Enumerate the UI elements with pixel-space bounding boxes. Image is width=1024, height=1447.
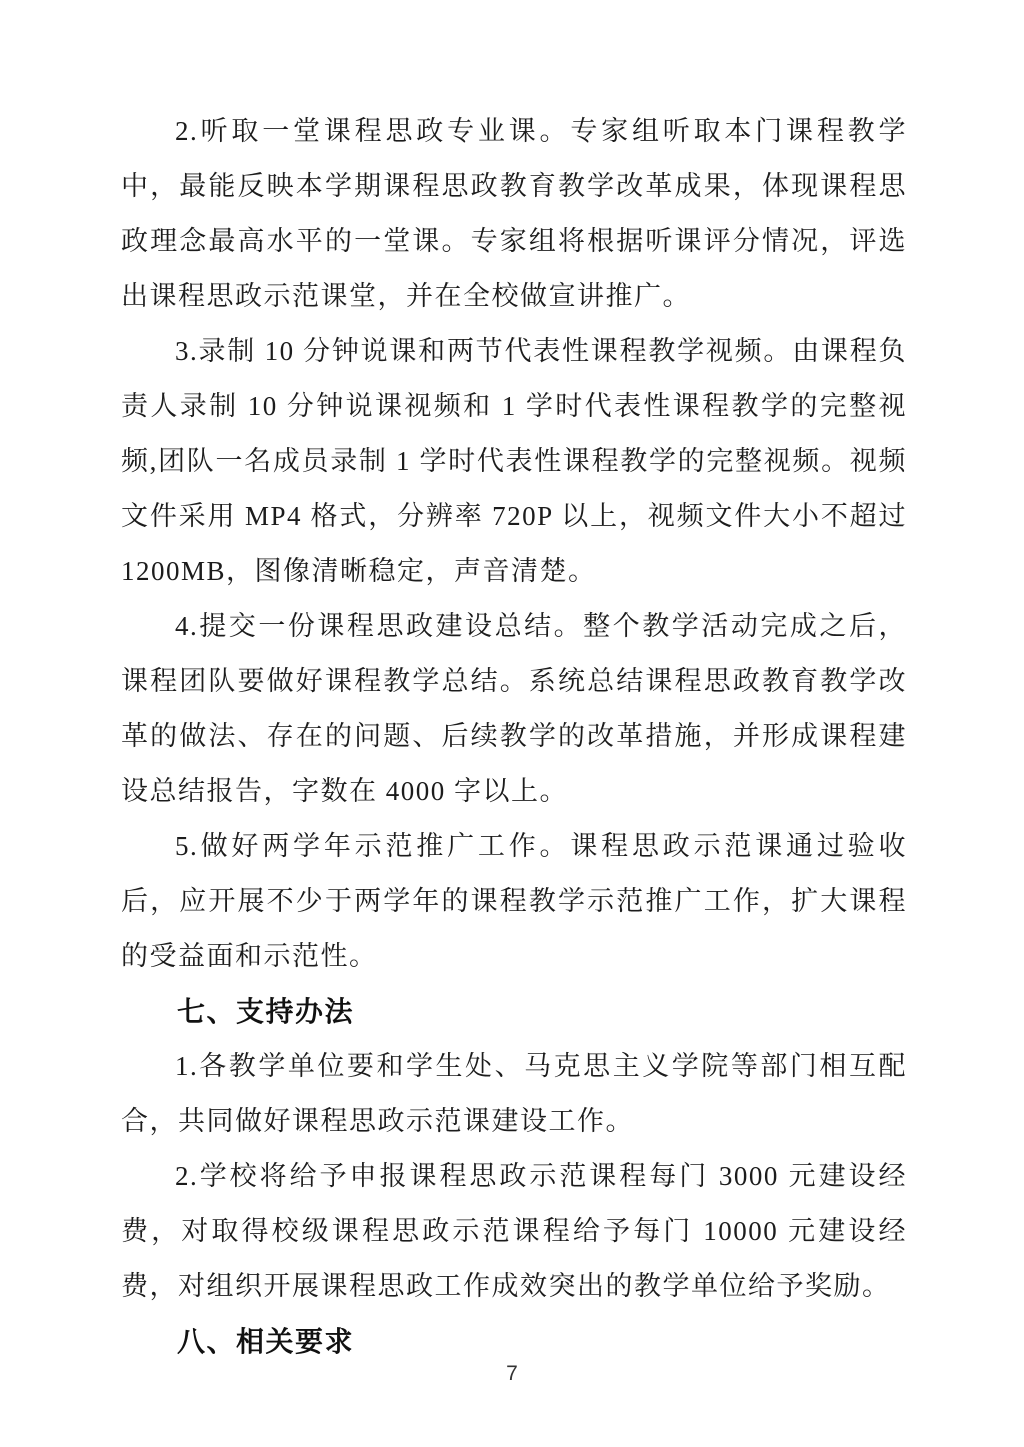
- document-body: 2.听取一堂课程思政专业课。专家组听取本门课程教学中，最能反映本学期课程思政教育…: [121, 104, 907, 1369]
- section-heading-support-measures: 七、支持办法: [121, 984, 907, 1039]
- paragraph-record-videos: 3.录制 10 分钟说课和两节代表性课程教学视频。由课程负责人录制 10 分钟说…: [121, 324, 907, 599]
- page-number: 7: [0, 1362, 1024, 1386]
- section-heading-related-requirements: 八、相关要求: [121, 1314, 907, 1369]
- paragraph-listen-demo-class: 2.听取一堂课程思政专业课。专家组听取本门课程教学中，最能反映本学期课程思政教育…: [121, 104, 907, 324]
- paragraph-submit-summary: 4.提交一份课程思政建设总结。整个教学活动完成之后，课程团队要做好课程教学总结。…: [121, 599, 907, 819]
- paragraph-two-year-promotion: 5.做好两学年示范推广工作。课程思政示范课通过验收后，应开展不少于两学年的课程教…: [121, 819, 907, 984]
- paragraph-unit-cooperation: 1.各教学单位要和学生处、马克思主义学院等部门相互配合，共同做好课程思政示范课建…: [121, 1039, 907, 1149]
- document-page: 2.听取一堂课程思政专业课。专家组听取本门课程教学中，最能反映本学期课程思政教育…: [0, 0, 1024, 1447]
- paragraph-funding: 2.学校将给予申报课程思政示范课程每门 3000 元建设经费，对取得校级课程思政…: [121, 1149, 907, 1314]
